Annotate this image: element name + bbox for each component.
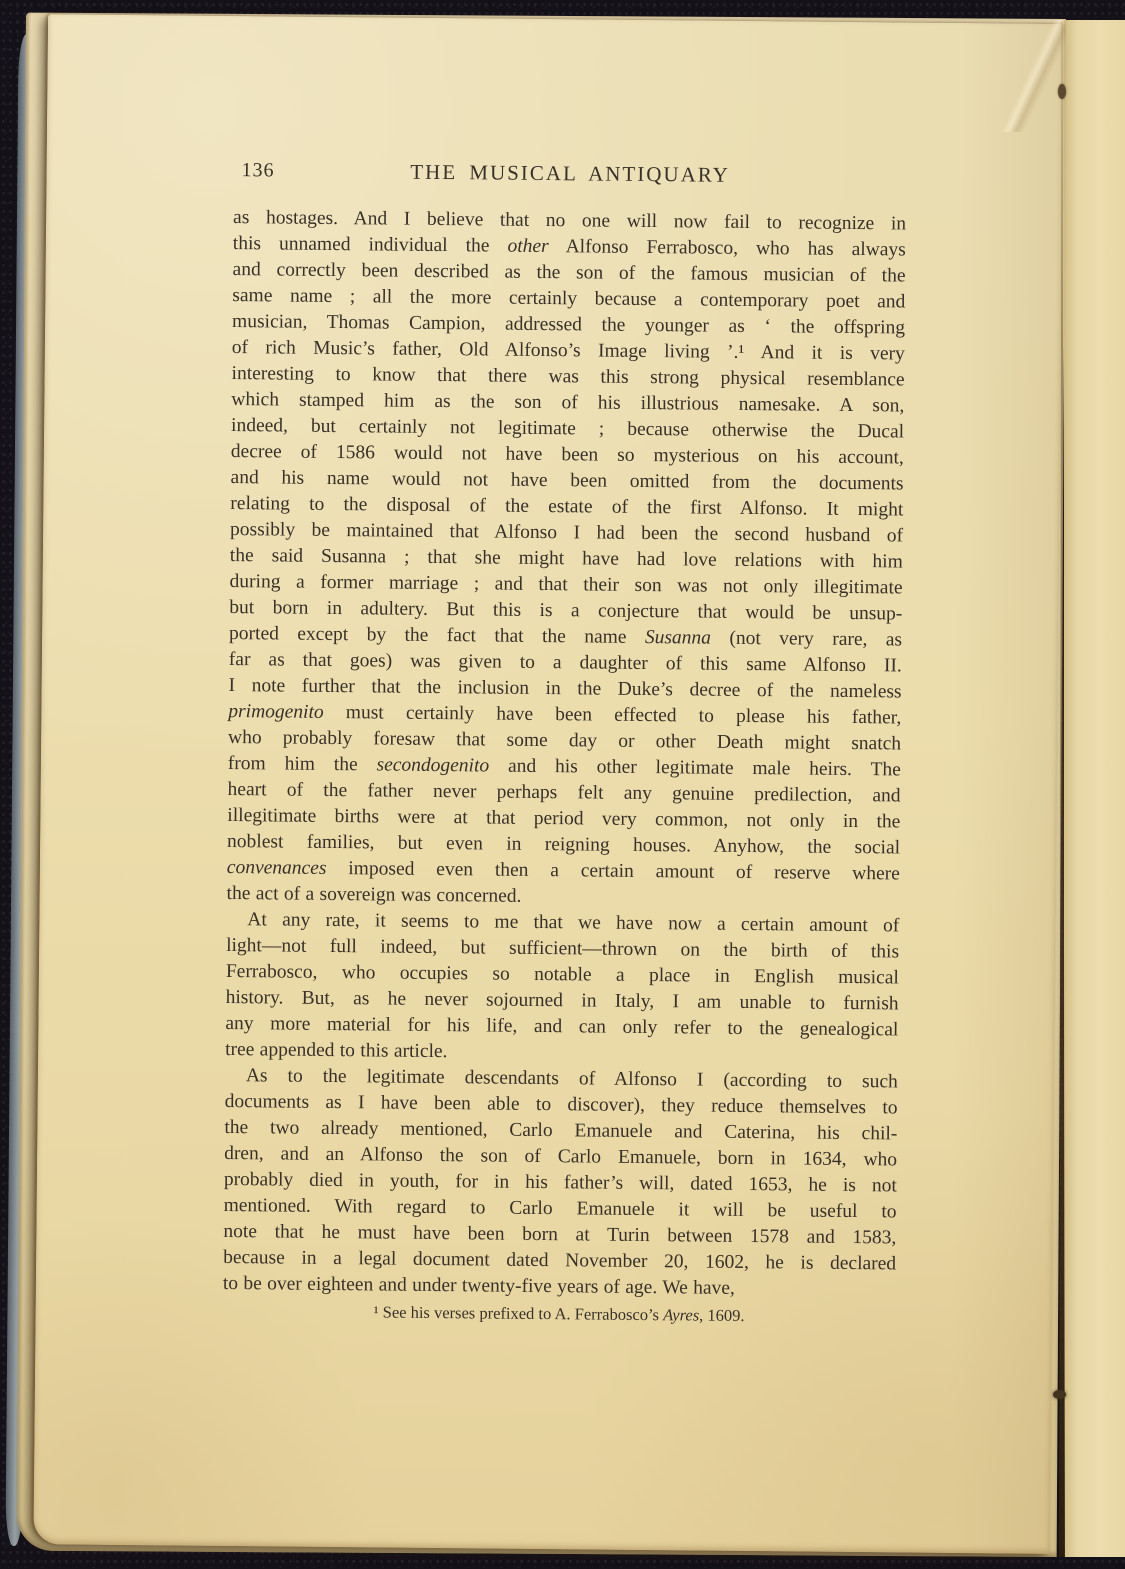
paragraph: As to the legitimate descendants of Alfo…: [223, 1063, 898, 1303]
page-crease: [1002, 20, 1066, 132]
body-text: as hostages. And I believe that no one w…: [223, 205, 906, 1303]
book-page: 136 THE MUSICAL ANTIQUARY as hostages. A…: [33, 14, 1064, 1554]
stitch-hole: [1058, 84, 1066, 99]
paragraph: At any rate, it seems to me that we have…: [225, 907, 899, 1069]
page-header: 136 THE MUSICAL ANTIQUARY: [233, 158, 906, 190]
facing-page-sliver: [1064, 20, 1125, 1557]
stitch-hole: [1053, 1390, 1066, 1399]
book-photo: 136 THE MUSICAL ANTIQUARY as hostages. A…: [0, 0, 1125, 1569]
running-title: THE MUSICAL ANTIQUARY: [410, 160, 730, 187]
footnote: ¹ See his verses prefixed to A. Ferrabos…: [223, 1300, 896, 1327]
paragraph: as hostages. And I believe that no one w…: [226, 205, 906, 913]
printed-area: 136 THE MUSICAL ANTIQUARY as hostages. A…: [223, 158, 907, 1327]
page-number: 136: [241, 159, 274, 182]
